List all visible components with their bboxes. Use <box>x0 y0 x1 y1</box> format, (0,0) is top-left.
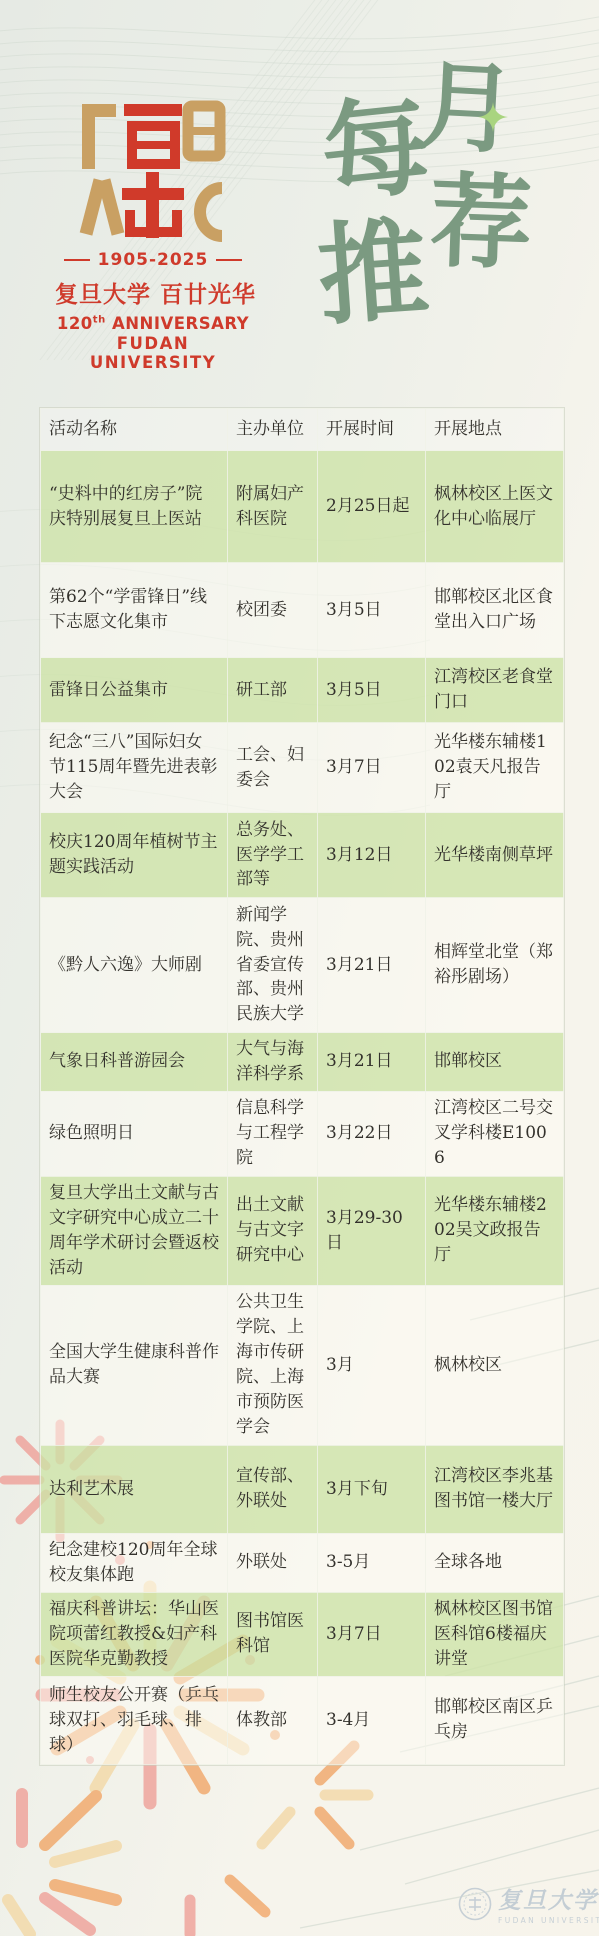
footer-logo-en: FUDAN UNIVERSITY <box>498 1916 599 1925</box>
fudan-seal-icon <box>458 1887 492 1921</box>
footer-logo-texts: 复旦大学 FUDAN UNIVERSITY <box>498 1882 599 1925</box>
event-name-cell: 校庆120周年植树节主题实践活动 <box>41 813 228 898</box>
events-table: 活动名称主办单位开展时间开展地点 “史料中的红房子”院庆特别展复旦上医站附属妇产… <box>40 408 564 1765</box>
organizer-cell: 体教部 <box>228 1676 318 1764</box>
time-cell: 3月21日 <box>318 1033 426 1092</box>
organizer-cell: 出土文献与古文字研究中心 <box>228 1176 318 1285</box>
calligraphy-char: 推 <box>314 214 431 331</box>
organizer-cell: 校团委 <box>228 563 318 658</box>
organizer-cell: 附属妇产科医院 <box>228 451 318 563</box>
location-cell: 枫林校区上医文化中心临展厅 <box>426 451 564 563</box>
column-header: 开展时间 <box>318 409 426 451</box>
event-name-cell: 雷锋日公益集市 <box>41 658 228 723</box>
table-row: 师生校友公开赛（乒乓球双打、羽毛球、排球）体教部3-4月邯郸校区南区乒乓房 <box>41 1676 564 1764</box>
time-cell: 3月21日 <box>318 898 426 1033</box>
column-header: 开展地点 <box>426 409 564 451</box>
time-cell: 3月 <box>318 1285 426 1445</box>
time-cell: 3-4月 <box>318 1676 426 1764</box>
location-cell: 光华楼南侧草坪 <box>426 813 564 898</box>
event-name-cell: 《黔人六逸》大师剧 <box>41 898 228 1033</box>
time-cell: 3月29-30日 <box>318 1176 426 1285</box>
calligraphy-char: 荐 <box>428 170 533 275</box>
organizer-cell: 工会、妇委会 <box>228 723 318 813</box>
location-cell: 全球各地 <box>426 1533 564 1592</box>
footer-logo-cn: 复旦大学 <box>498 1882 599 1915</box>
table-row: 雷锋日公益集市研工部3月5日江湾校区老食堂门口 <box>41 658 564 723</box>
table-row: 气象日科普游园会大气与海洋科学系3月21日邯郸校区 <box>41 1033 564 1092</box>
table-row: 全国大学生健康科普作品大赛公共卫生学院、上海市传研院、上海市预防医学会3月枫林校… <box>41 1285 564 1445</box>
organizer-cell: 总务处、医学学工部等 <box>228 813 318 898</box>
event-name-cell: 气象日科普游园会 <box>41 1033 228 1092</box>
sparkle-icon <box>478 102 508 132</box>
organizer-cell: 研工部 <box>228 658 318 723</box>
event-name-cell: 达利艺术展 <box>41 1445 228 1533</box>
location-cell: 相辉堂北堂（郑裕彤剧场） <box>426 898 564 1033</box>
organizer-cell: 大气与海洋科学系 <box>228 1033 318 1092</box>
table-row: 复旦大学出土文献与古文字研究中心成立二十周年学术研讨会暨返校活动出土文献与古文字… <box>41 1176 564 1285</box>
page-title-calligraphy: 每 月 推 荐 <box>0 0 599 360</box>
time-cell: 3月5日 <box>318 563 426 658</box>
time-cell: 3月12日 <box>318 813 426 898</box>
event-name-cell: “史料中的红房子”院庆特别展复旦上医站 <box>41 451 228 563</box>
table-row: 福庆科普讲坛：华山医院项蕾红教授&妇产科医院华克勤教授图书馆医科馆3月7日枫林校… <box>41 1592 564 1676</box>
event-name-cell: 纪念“三八”国际妇女节115周年暨先进表彰大会 <box>41 723 228 813</box>
time-cell: 3月7日 <box>318 723 426 813</box>
location-cell: 光华楼东辅楼202吴文政报告厅 <box>426 1176 564 1285</box>
table-row: “史料中的红房子”院庆特别展复旦上医站附属妇产科医院2月25日起枫林校区上医文化… <box>41 451 564 563</box>
organizer-cell: 外联处 <box>228 1533 318 1592</box>
table-row: 纪念建校120周年全球校友集体跑外联处3-5月全球各地 <box>41 1533 564 1592</box>
event-name-cell: 福庆科普讲坛：华山医院项蕾红教授&妇产科医院华克勤教授 <box>41 1592 228 1676</box>
event-name-cell: 绿色照明日 <box>41 1091 228 1176</box>
column-header: 活动名称 <box>41 409 228 451</box>
organizer-cell: 信息科学与工程学院 <box>228 1091 318 1176</box>
organizer-cell: 新闻学院、贵州省委宣传部、贵州民族大学 <box>228 898 318 1033</box>
location-cell: 枫林校区图书馆医科馆6楼福庆讲堂 <box>426 1592 564 1676</box>
location-cell: 邯郸校区南区乒乓房 <box>426 1676 564 1764</box>
table-row: 校庆120周年植树节主题实践活动总务处、医学学工部等3月12日光华楼南侧草坪 <box>41 813 564 898</box>
location-cell: 光华楼东辅楼102袁天凡报告厅 <box>426 723 564 813</box>
poster-root: 1905-2025 复旦大学 百廿光华 120th ANNIVERSARY FU… <box>0 0 599 1936</box>
location-cell: 江湾校区二号交叉学科楼E1006 <box>426 1091 564 1176</box>
table-row: 绿色照明日信息科学与工程学院3月22日江湾校区二号交叉学科楼E1006 <box>41 1091 564 1176</box>
column-header: 主办单位 <box>228 409 318 451</box>
organizer-cell: 图书馆医科馆 <box>228 1592 318 1676</box>
time-cell: 3-5月 <box>318 1533 426 1592</box>
location-cell: 邯郸校区北区食堂出入口广场 <box>426 563 564 658</box>
event-name-cell: 师生校友公开赛（乒乓球双打、羽毛球、排球） <box>41 1676 228 1764</box>
fudan-footer-logo: 复旦大学 FUDAN UNIVERSITY <box>458 1882 599 1925</box>
event-name-cell: 复旦大学出土文献与古文字研究中心成立二十周年学术研讨会暨返校活动 <box>41 1176 228 1285</box>
location-cell: 邯郸校区 <box>426 1033 564 1092</box>
organizer-cell: 宣传部、外联处 <box>228 1445 318 1533</box>
event-name-cell: 全国大学生健康科普作品大赛 <box>41 1285 228 1445</box>
organizer-cell: 公共卫生学院、上海市传研院、上海市预防医学会 <box>228 1285 318 1445</box>
table-row: 第62个“学雷锋日”线下志愿文化集市校团委3月5日邯郸校区北区食堂出入口广场 <box>41 563 564 658</box>
event-name-cell: 纪念建校120周年全球校友集体跑 <box>41 1533 228 1592</box>
location-cell: 江湾校区李兆基图书馆一楼大厅 <box>426 1445 564 1533</box>
location-cell: 江湾校区老食堂门口 <box>426 658 564 723</box>
time-cell: 3月7日 <box>318 1592 426 1676</box>
events-table-head-row: 活动名称主办单位开展时间开展地点 <box>41 409 564 451</box>
time-cell: 3月5日 <box>318 658 426 723</box>
events-table-body: “史料中的红房子”院庆特别展复旦上医站附属妇产科医院2月25日起枫林校区上医文化… <box>41 451 564 1765</box>
time-cell: 3月下旬 <box>318 1445 426 1533</box>
time-cell: 2月25日起 <box>318 451 426 563</box>
location-cell: 枫林校区 <box>426 1285 564 1445</box>
table-row: 达利艺术展宣传部、外联处3月下旬江湾校区李兆基图书馆一楼大厅 <box>41 1445 564 1533</box>
event-name-cell: 第62个“学雷锋日”线下志愿文化集市 <box>41 563 228 658</box>
table-row: 纪念“三八”国际妇女节115周年暨先进表彰大会工会、妇委会3月7日光华楼东辅楼1… <box>41 723 564 813</box>
table-row: 《黔人六逸》大师剧新闻学院、贵州省委宣传部、贵州民族大学3月21日相辉堂北堂（郑… <box>41 898 564 1033</box>
time-cell: 3月22日 <box>318 1091 426 1176</box>
